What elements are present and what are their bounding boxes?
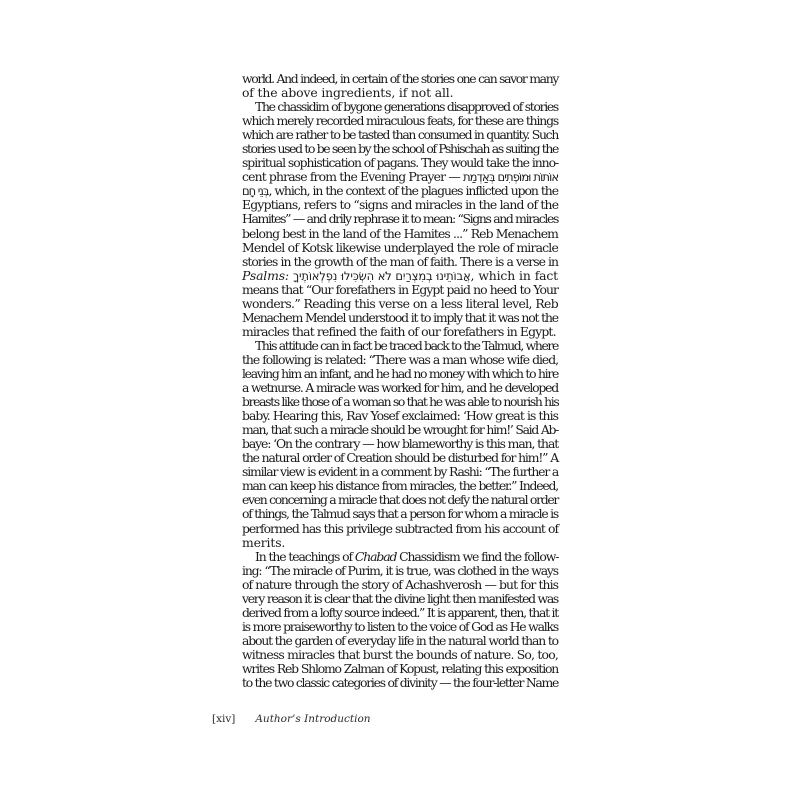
text-span: , which in fact (471, 268, 558, 283)
text-line: ing: “The miracle of Purim, it is true, … (242, 564, 558, 578)
text-span: is more praiseworthy to listen to the vo… (242, 619, 558, 634)
text-line: Psalms: אֲבוֹתֵינוּ בְמִצְרַיִם לֹא הִשְ… (242, 269, 558, 283)
text-line: the natural order of Creation should be … (242, 451, 558, 465)
text-line: stories used to be seen by the school of… (242, 142, 558, 156)
text-line: This attitude can in fact be traced back… (242, 339, 558, 353)
text-span: ing: “The miracle of Purim, it is true, … (242, 563, 558, 578)
text-span: merits. (242, 535, 285, 550)
text-line: witness miracles that burst the bounds o… (242, 648, 558, 662)
text-line: Hamites” — and drily rephrase it to mean… (242, 212, 558, 226)
text-span: writes Reb Shlomo Zalman of Kopust, rela… (242, 661, 558, 676)
text-span: man can keep his distance from miracles,… (242, 478, 558, 493)
text-span: man, that such a miracle should be wroug… (242, 422, 558, 437)
text-span: of nature through the story of Achashver… (242, 577, 558, 592)
text-span: performed has this privilege subtracted … (242, 521, 558, 536)
text-span: Hamites” — and drily rephrase it to mean… (242, 211, 558, 226)
text-span: baye: ‘On the contrary — how blameworthy… (242, 436, 558, 451)
text-span: very reason it is clear that the divine … (242, 591, 558, 606)
text-span: about the garden of everyday life in the… (242, 633, 558, 648)
text-line: leaving him an infant, and he had no mon… (242, 367, 558, 381)
text-span: stories in the growth of the man of fait… (242, 254, 558, 269)
text-span: of the above ingredients, if not all. (242, 85, 453, 100)
text-line: the following is related: “There was a m… (242, 353, 558, 367)
text-line: man, that such a miracle should be wroug… (242, 423, 558, 437)
text-span: wonders.” Reading this verse on a less l… (242, 296, 558, 311)
text-span: witness miracles that burst the bounds o… (242, 647, 558, 662)
text-line: miracles that refined the faith of our f… (242, 325, 558, 339)
text-line: world. And indeed, in certain of the sto… (242, 72, 558, 86)
text-line: about the garden of everyday life in the… (242, 634, 558, 648)
text-span: the natural order of Creation should be … (242, 450, 558, 465)
text-line: In the teachings of Chabad Chassidism we… (242, 550, 558, 564)
text-span: Chassidism we find the follow- (396, 549, 558, 564)
text-line: Menachem Mendel understood it to imply t… (242, 311, 558, 325)
text-span: derived from a lofty source indeed.” It … (242, 605, 558, 620)
text-span: stories used to be seen by the school of… (242, 141, 558, 156)
text-span: which are rather to be tasted than consu… (242, 127, 558, 142)
text-span: Mendel of Kotsk likewise underplayed the… (242, 240, 558, 255)
text-span: means that “Our forefathers in Egypt pai… (242, 282, 558, 297)
text-span: which merely recorded miraculous feats, … (242, 113, 558, 128)
text-span: belong best in the land of the Hamites .… (242, 226, 558, 241)
page-footer: [xiv] Author’s Introduction (212, 712, 371, 726)
text-line: man can keep his distance from miracles,… (242, 479, 558, 493)
italic-text: Chabad (355, 549, 397, 564)
hebrew-text: אוֹתוֹת וּמוֹפְתִים בְּאַדְמַת (463, 170, 558, 184)
text-line: spiritual sophistication of pagans. They… (242, 156, 558, 170)
text-line: derived from a lofty source indeed.” It … (242, 606, 558, 620)
text-line: of the above ingredients, if not all. (242, 86, 558, 100)
text-line: of things, the Talmud says that a person… (242, 507, 558, 521)
text-line: Egyptians, refers to “signs and miracles… (242, 198, 558, 212)
running-head: Author’s Introduction (255, 713, 370, 725)
text-line: breasts like those of a woman so that he… (242, 395, 558, 409)
hebrew-text: אֲבוֹתֵינוּ בְמִצְרַיִם לֹא הִשְׂכִּילוּ… (293, 269, 471, 283)
text-line: The chassidim of bygone generations disa… (242, 100, 558, 114)
text-line: which merely recorded miraculous feats, … (242, 114, 558, 128)
text-line: is more praiseworthy to listen to the vo… (242, 620, 558, 634)
text-line: of nature through the story of Achashver… (242, 578, 558, 592)
text-span: miracles that refined the faith of our f… (242, 324, 556, 339)
text-line: to the two classic categories of divinit… (242, 676, 558, 690)
text-span: the following is related: “There was a m… (242, 352, 558, 367)
text-span: a wetnurse. A miracle was worked for him… (242, 380, 558, 395)
text-line: בְּנֵי חָם, which, in the context of the… (242, 184, 558, 198)
text-line: Mendel of Kotsk likewise underplayed the… (242, 241, 558, 255)
text-line: even concerning a miracle that does not … (242, 493, 558, 507)
text-span: leaving him an infant, and he had no mon… (242, 366, 558, 381)
book-page: world. And indeed, in certain of the sto… (0, 0, 800, 800)
italic-text: Psalms: (242, 268, 293, 283)
text-span: world. And indeed, in certain of the sto… (242, 71, 558, 86)
body-text: world. And indeed, in certain of the sto… (242, 72, 558, 690)
text-span: baby. Hearing this, Rav Yosef exclaimed:… (242, 408, 558, 423)
text-line: similar view is evident in a comment by … (242, 465, 558, 479)
text-line: cent phrase from the Evening Prayer — או… (242, 170, 558, 184)
text-span: even concerning a miracle that does not … (242, 492, 558, 507)
text-line: stories in the growth of the man of fait… (242, 255, 558, 269)
text-line: which are rather to be tasted than consu… (242, 128, 558, 142)
text-line: means that “Our forefathers in Egypt pai… (242, 283, 558, 297)
text-span: Menachem Mendel understood it to imply t… (242, 310, 558, 325)
text-span: In the teachings of (255, 549, 355, 564)
text-line: a wetnurse. A miracle was worked for him… (242, 381, 558, 395)
text-span: of things, the Talmud says that a person… (242, 506, 558, 521)
hebrew-text: בְּנֵי חָם (242, 184, 268, 198)
text-span: cent phrase from the Evening Prayer — (242, 169, 463, 184)
page-number: [xiv] (212, 712, 252, 726)
text-span: to the two classic categories of divinit… (242, 675, 558, 690)
text-span: This attitude can in fact be traced back… (255, 338, 558, 353)
text-line: very reason it is clear that the divine … (242, 592, 558, 606)
text-line: baye: ‘On the contrary — how blameworthy… (242, 437, 558, 451)
text-line: baby. Hearing this, Rav Yosef exclaimed:… (242, 409, 558, 423)
text-line: wonders.” Reading this verse on a less l… (242, 297, 558, 311)
text-span: The chassidim of bygone generations disa… (255, 99, 558, 114)
text-line: performed has this privilege subtracted … (242, 522, 558, 536)
text-span: similar view is evident in a comment by … (242, 464, 558, 479)
text-span: breasts like those of a woman so that he… (242, 394, 558, 409)
text-span: Egyptians, refers to “signs and miracles… (242, 197, 558, 212)
text-line: writes Reb Shlomo Zalman of Kopust, rela… (242, 662, 558, 676)
text-line: belong best in the land of the Hamites .… (242, 227, 558, 241)
text-span: , which, in the context of the plagues i… (268, 183, 558, 198)
text-line: merits. (242, 536, 558, 550)
text-span: spiritual sophistication of pagans. They… (242, 155, 558, 170)
